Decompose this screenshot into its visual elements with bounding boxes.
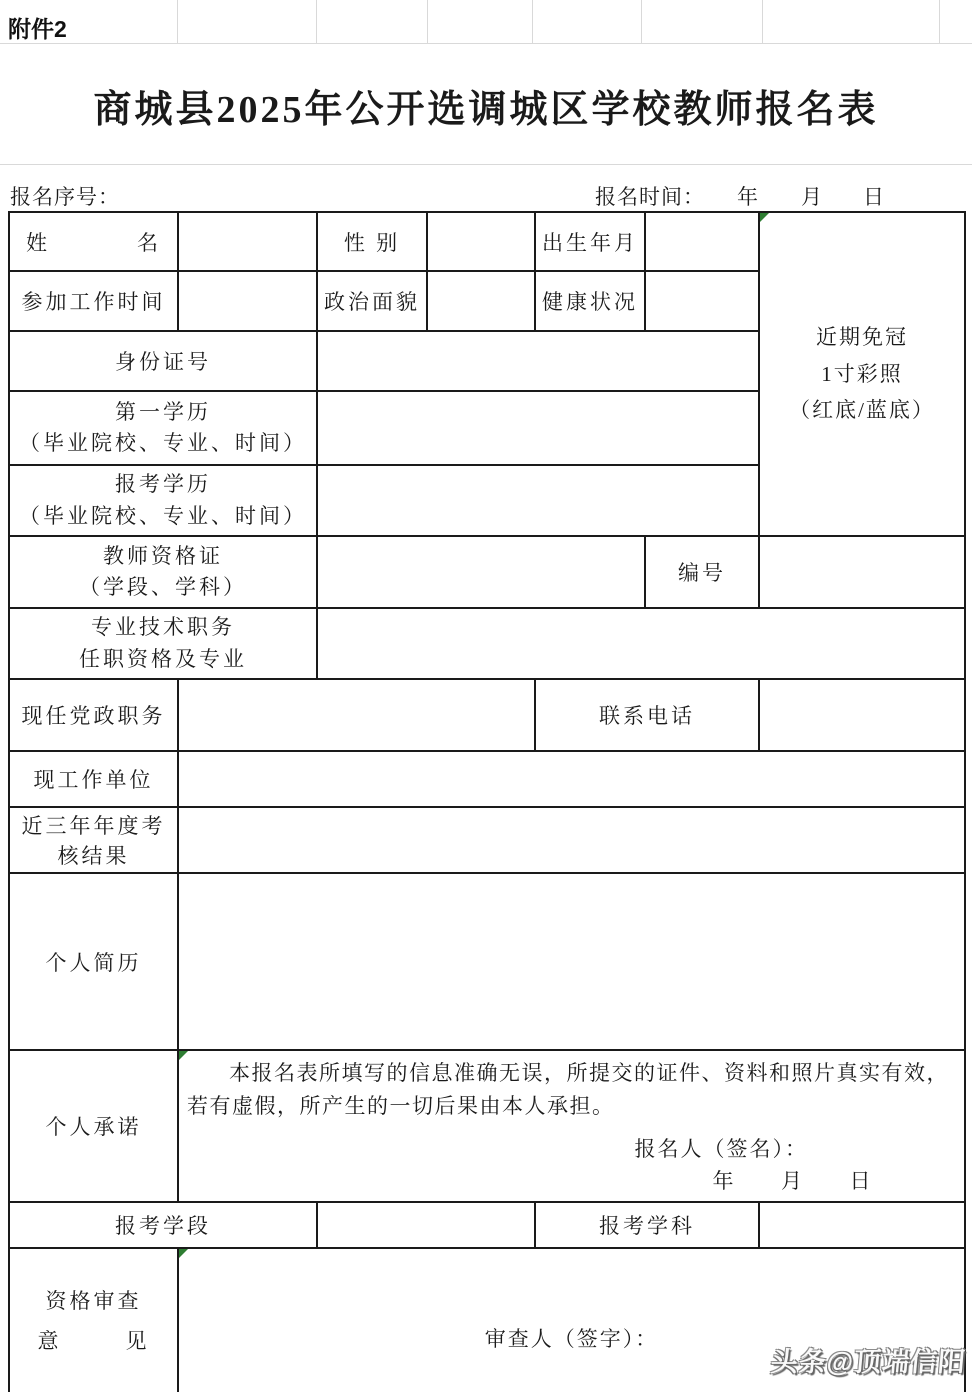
resume-input-cell[interactable] <box>178 873 965 1050</box>
page-title: 商城县2025年公开选调城区学校教师报名表 <box>0 78 972 133</box>
promise-text: 本报名表所填写的信息准确无误，所提交的证件、资料和照片真实有效，若有虚假，所产生… <box>187 1057 950 1123</box>
gridline <box>0 164 972 165</box>
teacher-cert-input-cell[interactable] <box>317 536 645 608</box>
review-label-line2: 意见 <box>38 1322 150 1362</box>
work-unit-label: 现工作单位 <box>9 751 178 807</box>
join-work-time-input-cell[interactable] <box>178 271 317 331</box>
join-work-time-label: 参加工作时间 <box>9 271 178 331</box>
attachment-label: 附件2 <box>8 11 67 44</box>
name-label: 姓名 <box>9 212 178 271</box>
review-signer-label: 审查人（签字）： <box>485 1327 659 1351</box>
apply-subject-input-cell[interactable] <box>759 1202 965 1248</box>
prof-title-line1: 专业技术职务 <box>12 612 314 644</box>
row-assessment: 近三年年度考核结果 <box>9 807 965 873</box>
birth-input-cell[interactable] <box>645 212 759 271</box>
excel-corner-artifact <box>760 213 769 222</box>
gridline <box>316 0 317 43</box>
apply-subject-label: 报考学科 <box>535 1202 759 1248</box>
cert-number-input-cell[interactable] <box>759 536 965 608</box>
health-label: 健康状况 <box>535 271 645 331</box>
prof-title-input-cell[interactable] <box>317 608 965 679</box>
promise-date-line: 年 月 日 <box>187 1165 950 1195</box>
id-number-input-cell[interactable] <box>317 331 759 391</box>
teacher-cert-label: 教师资格证 （学段、学科） <box>9 536 317 608</box>
exam-degree-line1: 报考学历 <box>12 469 314 501</box>
excel-corner-artifact <box>179 1051 188 1060</box>
birth-label: 出生年月 <box>535 212 645 271</box>
photo-placeholder: 近期免冠 1寸彩照 （红底/蓝底） <box>759 212 965 536</box>
promise-content-cell: 本报名表所填写的信息准确无误，所提交的证件、资料和照片真实有效，若有虚假，所产生… <box>178 1050 965 1202</box>
gridline <box>177 0 178 43</box>
work-unit-input-cell[interactable] <box>178 751 965 807</box>
prof-title-line2: 任职资格及专业 <box>12 644 314 676</box>
assessment-input-cell[interactable] <box>178 807 965 873</box>
exam-degree-label: 报考学历 （毕业院校、专业、时间） <box>9 465 317 536</box>
gridline <box>532 0 533 43</box>
gridline <box>762 0 763 43</box>
first-degree-label: 第一学历 （毕业院校、专业、时间） <box>9 391 317 465</box>
watermark: 头条@顶端信阳 <box>769 1340 968 1379</box>
day-label: 日 <box>850 1165 873 1195</box>
photo-text-line3: （红底/蓝底） <box>762 392 962 429</box>
phone-label: 联系电话 <box>535 679 759 751</box>
row-resume: 个人简历 <box>9 873 965 1050</box>
review-label: 资格审查 意见 <box>9 1248 178 1392</box>
health-input-cell[interactable] <box>645 271 759 331</box>
application-form-table: 姓名 性 别 出生年月 近期免冠 1寸彩照 （红底/蓝底） 参加工作时间 政治面… <box>8 211 966 1392</box>
row-work-unit: 现工作单位 <box>9 751 965 807</box>
year-label: 年 <box>713 1165 736 1195</box>
teacher-cert-line1: 教师资格证 <box>12 541 314 573</box>
gridline <box>427 0 428 43</box>
reg-time-text: 报名时间： <box>595 185 705 209</box>
teacher-cert-line2: （学段、学科） <box>12 572 314 604</box>
day-label: 日 <box>863 181 885 211</box>
exam-degree-line2: （毕业院校、专业、时间） <box>12 501 314 533</box>
gender-label: 性 别 <box>317 212 427 271</box>
row-name: 姓名 性 别 出生年月 近期免冠 1寸彩照 （红底/蓝底） <box>9 212 965 271</box>
row-prof-title: 专业技术职务 任职资格及专业 <box>9 608 965 679</box>
row-promise: 个人承诺 本报名表所填写的信息准确无误，所提交的证件、资料和照片真实有效，若有虚… <box>9 1050 965 1202</box>
first-degree-line1: 第一学历 <box>12 397 314 429</box>
first-degree-line2: （毕业院校、专业、时间） <box>12 428 314 460</box>
excel-corner-artifact <box>179 1249 188 1258</box>
registration-time-label: 报名时间：年月日 <box>595 181 885 211</box>
month-label: 月 <box>801 181 823 211</box>
resume-label: 个人简历 <box>9 873 178 1050</box>
cert-number-label: 编号 <box>645 536 759 608</box>
phone-input-cell[interactable] <box>759 679 965 751</box>
first-degree-input-cell[interactable] <box>317 391 759 465</box>
prof-title-label: 专业技术职务 任职资格及专业 <box>9 608 317 679</box>
review-label-line1: 资格审查 <box>38 1282 150 1322</box>
exam-degree-input-cell[interactable] <box>317 465 759 536</box>
gridline <box>0 43 972 44</box>
name-input-cell[interactable] <box>178 212 317 271</box>
row-apply-stage: 报考学段 报考学科 <box>9 1202 965 1248</box>
id-number-label: 身份证号 <box>9 331 317 391</box>
apply-stage-label: 报考学段 <box>9 1202 317 1248</box>
promise-label: 个人承诺 <box>9 1050 178 1202</box>
gender-input-cell[interactable] <box>427 212 535 271</box>
row-teacher-cert: 教师资格证 （学段、学科） 编号 <box>9 536 965 608</box>
apply-stage-input-cell[interactable] <box>317 1202 535 1248</box>
gridline <box>641 0 642 43</box>
registration-line: 报名序号： 报名时间：年月日 <box>8 181 964 211</box>
photo-text-line1: 近期免冠 <box>762 319 962 356</box>
current-post-input-cell[interactable] <box>178 679 535 751</box>
political-status-label: 政治面貌 <box>317 271 427 331</box>
month-label: 月 <box>781 1165 804 1195</box>
assessment-label: 近三年年度考核结果 <box>9 807 178 873</box>
photo-text-line2: 1寸彩照 <box>762 356 962 393</box>
year-label: 年 <box>737 181 759 211</box>
current-post-label: 现任党政职务 <box>9 679 178 751</box>
registration-number-label: 报名序号： <box>10 181 120 211</box>
row-current-post: 现任党政职务 联系电话 <box>9 679 965 751</box>
political-status-input-cell[interactable] <box>427 271 535 331</box>
gridline <box>939 0 940 43</box>
promise-signer-label: 报名人（签名）： <box>187 1133 950 1163</box>
